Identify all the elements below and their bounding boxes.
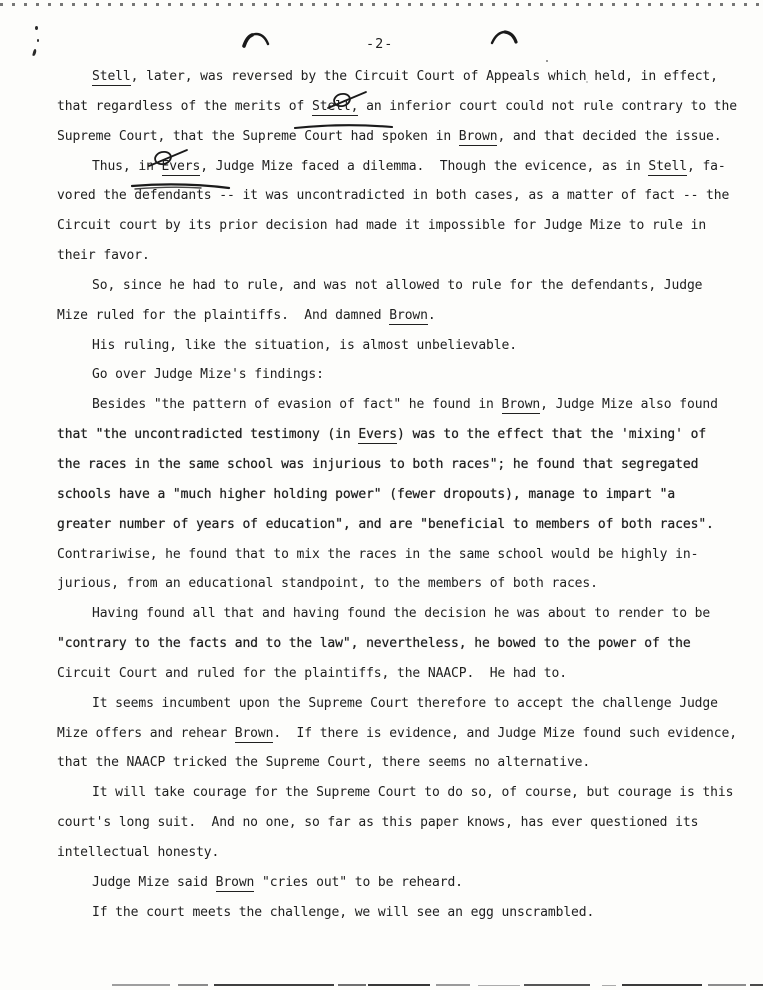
typed-text: intellectual honesty. xyxy=(57,845,219,860)
underlined-case-name: Brown xyxy=(389,308,428,325)
underlined-case-name: Brown xyxy=(216,875,255,892)
typed-text: So, since he had to rule, and was not al… xyxy=(92,278,702,293)
typed-line: jurious, from an educational standpoint,… xyxy=(57,569,755,599)
typed-text: Go over Judge Mize's findings: xyxy=(92,367,324,382)
typed-text: Circuit Court and ruled for the plaintif… xyxy=(57,666,567,681)
typed-text: . If there is evidence, and Judge Mize f… xyxy=(273,726,737,741)
typed-text: , later, was reversed by the Circuit Cou… xyxy=(131,69,718,84)
typed-line: It seems incumbent upon the Supreme Cour… xyxy=(57,689,755,719)
typed-text: vored the defendants -- it was uncontrad… xyxy=(57,188,729,203)
typed-text: an inferior court could not rule contrar… xyxy=(358,99,737,114)
typed-line: Having found all that and having found t… xyxy=(57,599,755,629)
typed-line: intellectual honesty. xyxy=(57,838,755,868)
typed-line: schools have a "much higher holding powe… xyxy=(57,480,755,510)
typed-text: Besides "the pattern of evasion of fact"… xyxy=(92,397,502,412)
document-body: Stell, later, was reversed by the Circui… xyxy=(57,62,755,927)
typed-text: the races in the same school was injurio… xyxy=(57,457,698,472)
typed-line: greater number of years of education", a… xyxy=(57,510,755,540)
typed-text: It will take courage for the Supreme Cou… xyxy=(92,785,733,800)
typed-line: If the court meets the challenge, we wil… xyxy=(57,898,755,928)
typed-text: , fa- xyxy=(687,159,726,174)
typed-text: It seems incumbent upon the Supreme Cour… xyxy=(92,696,718,711)
typed-line: Mize ruled for the plaintiffs. And damne… xyxy=(57,301,755,331)
handwritten-arc-right-icon xyxy=(489,29,519,47)
typed-line: the races in the same school was injurio… xyxy=(57,450,755,480)
underlined-case-name: Evers xyxy=(358,427,397,444)
typed-line: that "the uncontradicted testimony (in E… xyxy=(57,420,755,450)
underlined-case-name: Brown xyxy=(459,129,498,146)
typed-line: It will take courage for the Supreme Cou… xyxy=(57,778,755,808)
underlined-case-name: Brown xyxy=(502,397,541,414)
typed-text: schools have a "much higher holding powe… xyxy=(57,487,675,502)
typed-text: that "the uncontradicted testimony (in xyxy=(57,427,358,442)
handwritten-arc-left-icon xyxy=(241,31,271,49)
underlined-case-name: Stell xyxy=(92,69,131,86)
underlined-case-name: Evers xyxy=(162,159,201,176)
typed-text: greater number of years of education", a… xyxy=(57,517,714,532)
typed-text: Having found all that and having found t… xyxy=(92,606,710,621)
perforation-dotted-line-top xyxy=(0,3,763,6)
typed-line: "contrary to the facts and to the law", … xyxy=(57,629,755,659)
typed-line: Thus, in Evers, Judge Mize faced a dilem… xyxy=(57,152,755,182)
typed-text: "contrary to the facts and to the law", … xyxy=(57,636,691,651)
typed-line: So, since he had to rule, and was not al… xyxy=(57,271,755,301)
margin-ink-dot xyxy=(35,26,38,30)
typed-text: Thus, in xyxy=(92,159,162,174)
margin-ink-comma xyxy=(32,49,37,57)
typed-text: that the NAACP tricked the Supreme Court… xyxy=(57,755,590,770)
typed-line: court's long suit. And no one, so far as… xyxy=(57,808,755,838)
typed-text: Mize ruled for the plaintiffs. And damne… xyxy=(57,308,389,323)
typed-text: Contrariwise, he found that to mix the r… xyxy=(57,547,698,562)
typed-text: . xyxy=(428,308,436,323)
typed-line: Contrariwise, he found that to mix the r… xyxy=(57,540,755,570)
typed-text: , Judge Mize also found xyxy=(540,397,718,412)
typed-text: Supreme Court, that the Supreme Court ha… xyxy=(57,129,459,144)
typed-text: Judge Mize said xyxy=(92,875,216,890)
typed-line: Supreme Court, that the Supreme Court ha… xyxy=(57,122,755,152)
underlined-case-name: Stell xyxy=(648,159,687,176)
typed-text: court's long suit. And no one, so far as… xyxy=(57,815,698,830)
typed-text: , and that decided the issue. xyxy=(497,129,721,144)
typed-text: their favor. xyxy=(57,248,150,263)
typed-line: Judge Mize said Brown "cries out" to be … xyxy=(57,868,755,898)
typed-line: that the NAACP tricked the Supreme Court… xyxy=(57,748,755,778)
typed-line: Circuit court by its prior decision had … xyxy=(57,211,755,241)
typed-line: Go over Judge Mize's findings: xyxy=(57,360,755,390)
typed-line: vored the defendants -- it was uncontrad… xyxy=(57,181,755,211)
typed-text: "cries out" to be reheard. xyxy=(254,875,463,890)
typewritten-document-page: -2- Stell, later, was reversed by xyxy=(0,0,763,990)
typed-line: Stell, later, was reversed by the Circui… xyxy=(57,62,755,92)
typed-text: , Judge Mize faced a dilemma. Though the… xyxy=(200,159,648,174)
typed-line: that regardless of the merits of Stell, … xyxy=(57,92,755,122)
typed-line: Mize offers and rehear Brown. If there i… xyxy=(57,719,755,749)
page-number: -2- xyxy=(366,36,393,52)
typed-line: Circuit Court and ruled for the plaintif… xyxy=(57,659,755,689)
underlined-case-name: Brown xyxy=(235,726,274,743)
typed-line: their favor. xyxy=(57,241,755,271)
underlined-case-name: Stell, xyxy=(312,99,358,116)
margin-ink-dot xyxy=(37,39,39,42)
typed-line: Besides "the pattern of evasion of fact"… xyxy=(57,390,755,420)
typed-text: Mize offers and rehear xyxy=(57,726,235,741)
typed-text: If the court meets the challenge, we wil… xyxy=(92,905,594,920)
typed-line: His ruling, like the situation, is almos… xyxy=(57,331,755,361)
typed-text: His ruling, like the situation, is almos… xyxy=(92,338,517,353)
typed-text: Circuit court by its prior decision had … xyxy=(57,218,706,233)
typed-text: ) was to the effect that the 'mixing' of xyxy=(397,427,706,442)
typed-text: jurious, from an educational standpoint,… xyxy=(57,576,598,591)
typed-text: that regardless of the merits of xyxy=(57,99,312,114)
